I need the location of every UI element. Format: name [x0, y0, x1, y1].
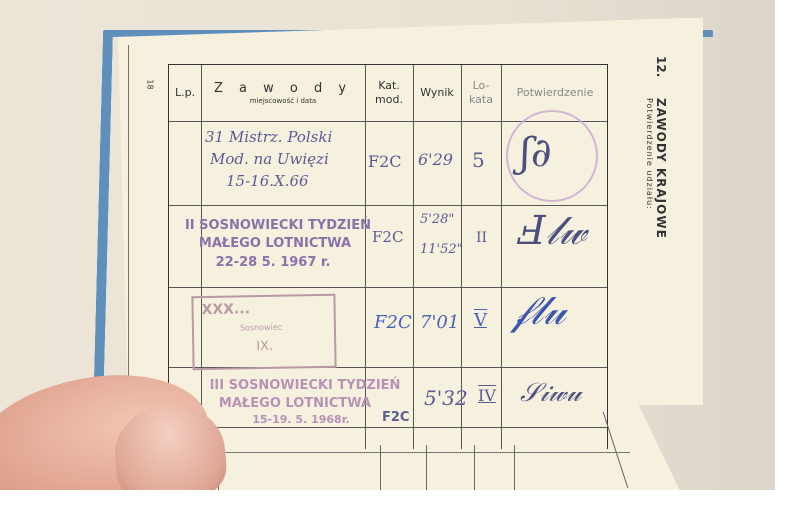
- photo-background: 18 L.p. Z a w o d y miejscowość i data K…: [0, 0, 775, 490]
- row2-place: II: [476, 230, 487, 246]
- row2-result-1: 5'28": [420, 212, 454, 227]
- row2-category: F2C: [372, 228, 403, 246]
- row1-category: F2C: [368, 152, 402, 171]
- header-lp: L.p.: [169, 65, 201, 121]
- header-lokata-line2: kata: [469, 93, 493, 107]
- row3-signature: 𝒻𝓁𝓊: [512, 288, 566, 334]
- section-subheading: Potwierdzenie udziału:: [645, 98, 654, 210]
- grid-line: [474, 445, 475, 490]
- row3-place: V: [474, 310, 487, 331]
- header-zawody: Z a w o d y miejscowość i data: [201, 65, 365, 121]
- row2-signature: Ⅎ𝓁𝓌: [518, 208, 587, 254]
- row3-stamp-line3: IX.: [256, 339, 273, 354]
- grid-line: [514, 445, 515, 490]
- header-kat-line2: mod.: [375, 93, 403, 107]
- header-wynik: Wynik: [413, 65, 461, 121]
- grid-line: [426, 445, 427, 490]
- row-divider: [169, 427, 607, 428]
- row4-result: 5'32: [424, 386, 468, 410]
- header-kat-line1: Kat.: [378, 79, 400, 93]
- page-number: 18: [146, 79, 155, 89]
- section-heading: ZAWODY KRAJOWE: [654, 98, 668, 239]
- row1-result: 6'29: [418, 150, 453, 169]
- grid-line: [210, 452, 630, 453]
- header-zawody-sublabel: miejscowość i data: [250, 97, 316, 106]
- column-divider: [501, 65, 502, 449]
- row4-place: IV: [478, 386, 496, 405]
- row1-place: 5: [472, 148, 485, 172]
- row1-event-name: 31 Mistrz. Polski: [205, 128, 332, 146]
- row3-stamp-line2: Sosnowiec: [240, 323, 282, 333]
- header-zawody-label: Z a w o d y: [214, 81, 352, 97]
- row3-result: 7'01: [420, 312, 459, 333]
- header-kat: Kat. mod.: [365, 65, 413, 121]
- header-potwierdzenie-label: Potwierdzenie: [517, 86, 594, 100]
- header-wynik-label: Wynik: [420, 86, 454, 100]
- row2-result-2: 11'52": [420, 242, 463, 257]
- section-number: 12.: [654, 56, 668, 77]
- row2-event-stamp-line1: II SOSNOWIECKI TYDZIEŃ: [178, 218, 378, 234]
- row4-category: F2C: [382, 410, 409, 426]
- row1-signature: ʃ∂: [520, 130, 552, 176]
- page-margin-line: [128, 45, 129, 415]
- header-lokata-line1: Lo-: [473, 79, 490, 93]
- row2-event-stamp-line2: MAŁEGO LOTNICTWA: [180, 236, 370, 252]
- header-lokata: Lo- kata: [461, 65, 501, 121]
- row4-event-stamp-date: 15-19. 5. 1968r.: [226, 413, 376, 426]
- row-divider: [169, 205, 607, 206]
- section-title: 12. ZAWODY KRAJOWE Potwierdzenie udziału…: [612, 56, 652, 286]
- row4-event-stamp-line1: III SOSNOWIECKI TYDZIEŃ: [200, 378, 410, 394]
- rectangular-stamp: XXX... Sosnowiec IX.: [191, 294, 336, 371]
- row1-event-type: Mod. na Uwięzi: [210, 150, 329, 168]
- row2-event-stamp-date: 22-28 5. 1967 r.: [198, 255, 348, 271]
- row4-signature: 𝒮𝒾𝓌𝓊: [520, 378, 581, 409]
- row3-stamp-line1: XXX...: [201, 301, 250, 318]
- row3-category: F2C: [374, 312, 412, 333]
- header-lp-label: L.p.: [175, 86, 195, 100]
- grid-line: [380, 445, 381, 490]
- row1-event-date: 15-16.X.66: [226, 172, 309, 190]
- row4-event-stamp-line2: MAŁEGO LOTNICTWA: [215, 396, 375, 412]
- column-divider: [413, 65, 414, 449]
